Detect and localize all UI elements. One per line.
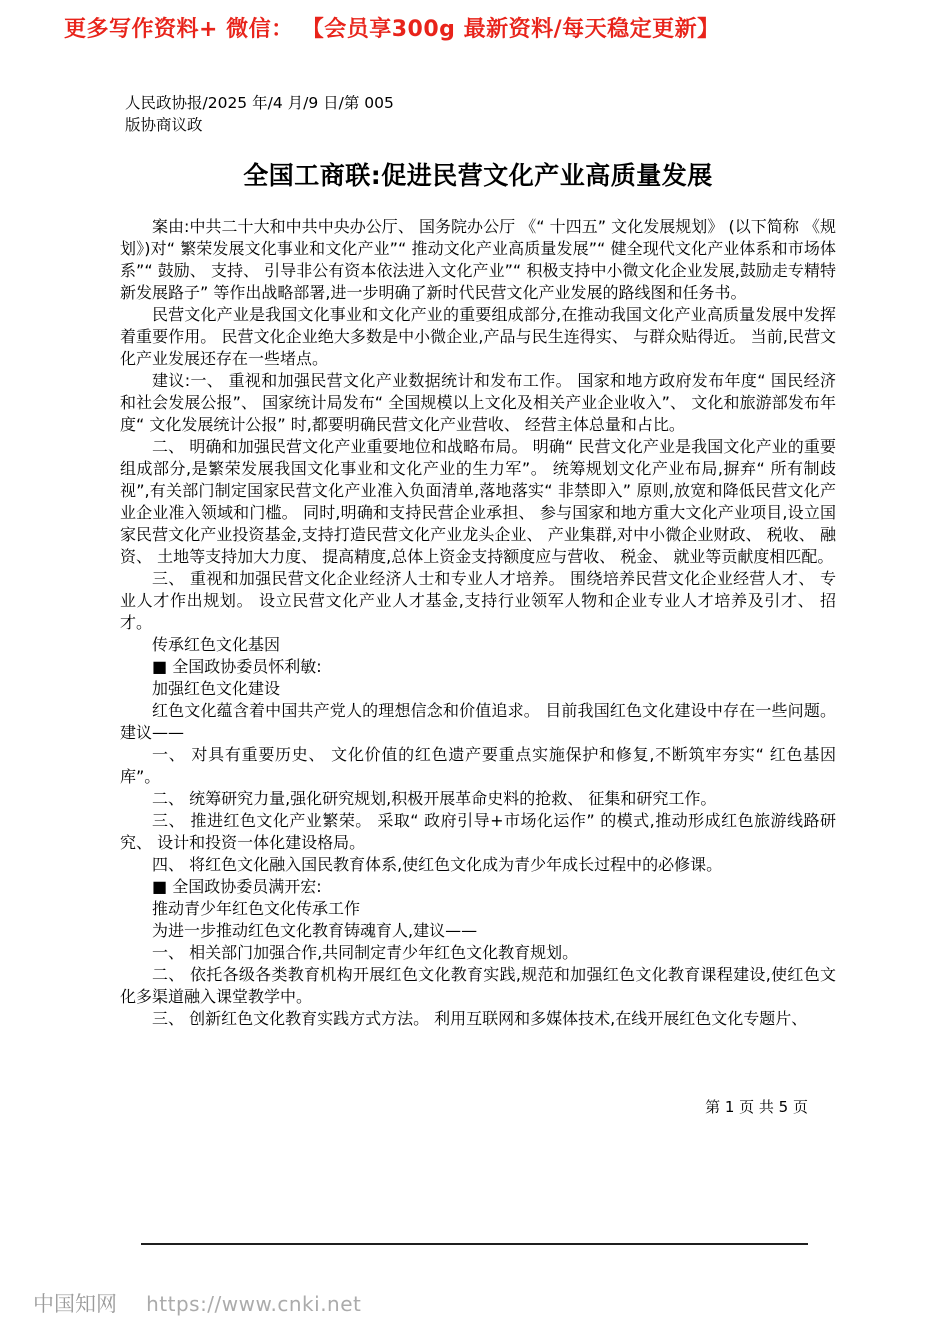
article-paragraph: 二、 明确和加强民营文化产业重要地位和战略布局。 明确“ 民营文化产业是我国文化…: [120, 436, 836, 568]
article-paragraph: 为进一步推动红色文化教育铸魂育人,建议——: [120, 920, 836, 942]
article-paragraph: 一、 对具有重要历史、 文化价值的红色遗产要重点实施保护和修复,不断筑牢夯实“ …: [120, 744, 836, 788]
article-paragraph: 二、 依托各级各类教育机构开展红色文化教育实践,规范和加强红色文化教育课程建设,…: [120, 964, 836, 1008]
document-page: 更多写作资料+ 微信： 【会员享300g 最新资料/每天稳定更新】 人民政协报/…: [0, 0, 950, 1344]
article-paragraph: 民营文化产业是我国文化事业和文化产业的重要组成部分,在推动我国文化产业高质量发展…: [120, 304, 836, 370]
article-paragraph: ■ 全国政协委员满开宏:: [120, 876, 836, 898]
article-paragraph: 二、 统筹研究力量,强化研究规划,积极开展革命史料的抢救、 征集和研究工作。: [120, 788, 836, 810]
article-paragraph: 三、 重视和加强民营文化企业经济人士和专业人才培养。 围绕培养民营文化企业经营人…: [120, 568, 836, 634]
page-indicator: 第 1 页 共 5 页: [120, 1096, 808, 1117]
article-paragraph: ■ 全国政协委员怀利敏:: [120, 656, 836, 678]
promo-banner-text: 更多写作资料+ 微信： 【会员享300g 最新资料/每天稳定更新】: [64, 12, 720, 43]
watermark: 中国知网 https://www.cnki.net: [33, 1288, 361, 1318]
footer-divider-line: [141, 1243, 808, 1245]
article-paragraph: 加强红色文化建设: [120, 678, 836, 700]
article-paragraph: 三、 推进红色文化产业繁荣。 采取“ 政府引导+市场化运作” 的模式,推动形成红…: [120, 810, 836, 854]
article-title: 全国工商联:促进民营文化产业高质量发展: [120, 156, 836, 192]
article-paragraph: 推动青少年红色文化传承工作: [120, 898, 836, 920]
article-paragraph: 四、 将红色文化融入国民教育体系,使红色文化成为青少年成长过程中的必修课。: [120, 854, 836, 876]
article-paragraph: 传承红色文化基因: [120, 634, 836, 656]
watermark-brand: 中国知网: [33, 1292, 117, 1316]
masthead-source-line: 人民政协报/2025 年/4 月/9 日/第 005: [125, 92, 394, 114]
article-paragraph: 建议:一、 重视和加强民营文化产业数据统计和发布工作。 国家和地方政府发布年度“…: [120, 370, 836, 436]
article-paragraph: 三、 创新红色文化教育实践方式方法。 利用互联网和多媒体技术,在线开展红色文化专…: [120, 1008, 836, 1030]
masthead: 人民政协报/2025 年/4 月/9 日/第 005 版协商议政: [125, 92, 394, 136]
article-paragraph: 红色文化蕴含着中国共产党人的理想信念和价值追求。 目前我国红色文化建设中存在一些…: [120, 700, 836, 744]
article-paragraph: 一、 相关部门加强合作,共同制定青少年红色文化教育规划。: [120, 942, 836, 964]
article-paragraph: 案由:中共二十大和中共中央办公厅、 国务院办公厅 《“ 十四五” 文化发展规划》…: [120, 216, 836, 304]
article-body: 案由:中共二十大和中共中央办公厅、 国务院办公厅 《“ 十四五” 文化发展规划》…: [120, 216, 836, 1030]
masthead-section-line: 版协商议政: [125, 114, 394, 136]
watermark-url: https://www.cnki.net: [146, 1292, 361, 1316]
